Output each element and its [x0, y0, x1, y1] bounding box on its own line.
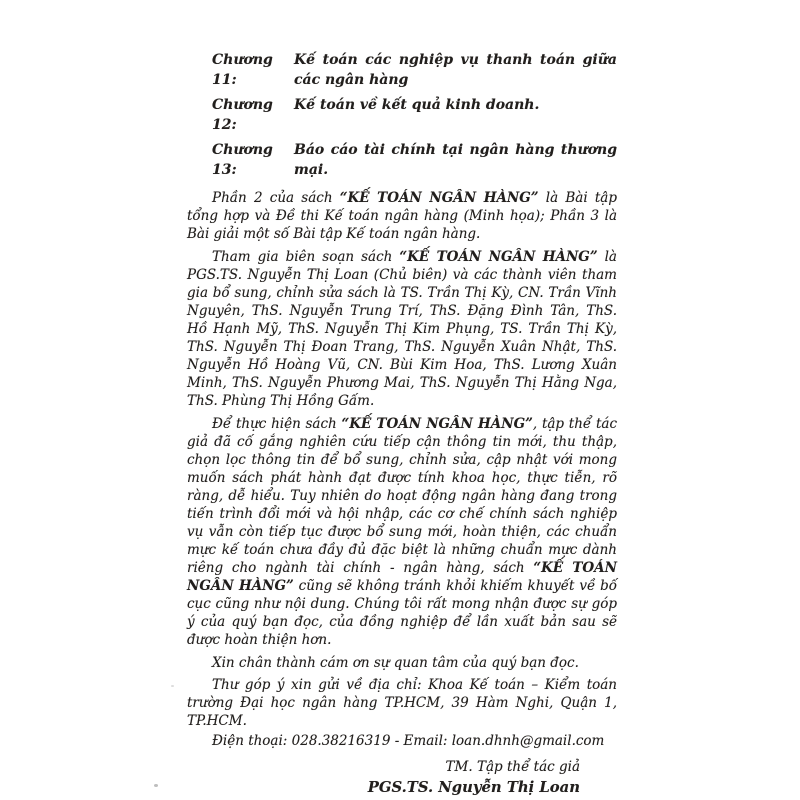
chapter-list: Chương 11: Kế toán các nghiệp vụ thanh t… [187, 50, 617, 180]
chapter-item-11: Chương 11: Kế toán các nghiệp vụ thanh t… [212, 50, 617, 90]
thanks-line: Xin chân thành cám ơn sự quan tâm của qu… [187, 654, 617, 672]
paragraph-revision-note: Để thực hiện sách “KẾ TOÁN NGÂN HÀNG”, t… [187, 415, 617, 649]
book-title-bold: “KẾ TOÁN NGÂN HÀNG” [399, 249, 597, 265]
phone-email-line: Điện thoại: 028.38216319 - Email: loan.d… [187, 732, 617, 750]
book-title-bold: “KẾ TOÁN NGÂN HÀNG” [340, 190, 539, 206]
chapter-title: Báo cáo tài chính tại ngân hàng thương m… [294, 140, 617, 180]
book-title-bold: “KẾ TOÁN NGÂN HÀNG” [341, 416, 532, 432]
scan-speck [154, 784, 158, 787]
chapter-title: Kế toán các nghiệp vụ thanh toán giữa cá… [294, 50, 617, 90]
contact-address: Thư góp ý xin gửi về địa chỉ: Khoa Kế to… [187, 676, 617, 730]
chapter-label: Chương 12: [212, 95, 294, 135]
signature-role: TM. Tập thể tác giả [187, 757, 580, 777]
body-text: , tập thể tác giả đã cố gắng nghiên cứu … [187, 416, 617, 576]
body-text: Để thực hiện sách [212, 416, 341, 432]
page-text-block: Chương 11: Kế toán các nghiệp vụ thanh t… [187, 50, 617, 799]
chapter-item-13: Chương 13: Báo cáo tài chính tại ngân hà… [212, 140, 617, 180]
chapter-item-12: Chương 12: Kế toán về kết quả kinh doanh… [212, 95, 617, 135]
body-text: Tham gia biên soạn sách [212, 249, 399, 265]
chapter-label: Chương 13: [212, 140, 294, 180]
paragraph-authors: Tham gia biên soạn sách “KẾ TOÁN NGÂN HÀ… [187, 248, 617, 410]
signature-name: PGS.TS. Nguyễn Thị Loan [187, 777, 580, 799]
chapter-label: Chương 11: [212, 50, 294, 90]
scanned-book-page: Chương 11: Kế toán các nghiệp vụ thanh t… [0, 0, 800, 800]
paragraph-book-parts: Phần 2 của sách “KẾ TOÁN NGÂN HÀNG” là B… [187, 189, 617, 243]
chapter-title: Kế toán về kết quả kinh doanh. [294, 95, 617, 135]
body-text: Phần 2 của sách [212, 190, 340, 206]
scan-speck [171, 685, 174, 687]
signature-block: TM. Tập thể tác giả PGS.TS. Nguyễn Thị L… [187, 757, 617, 799]
body-text: là PGS.TS. Nguyễn Thị Loan (Chủ biên) và… [187, 249, 617, 409]
